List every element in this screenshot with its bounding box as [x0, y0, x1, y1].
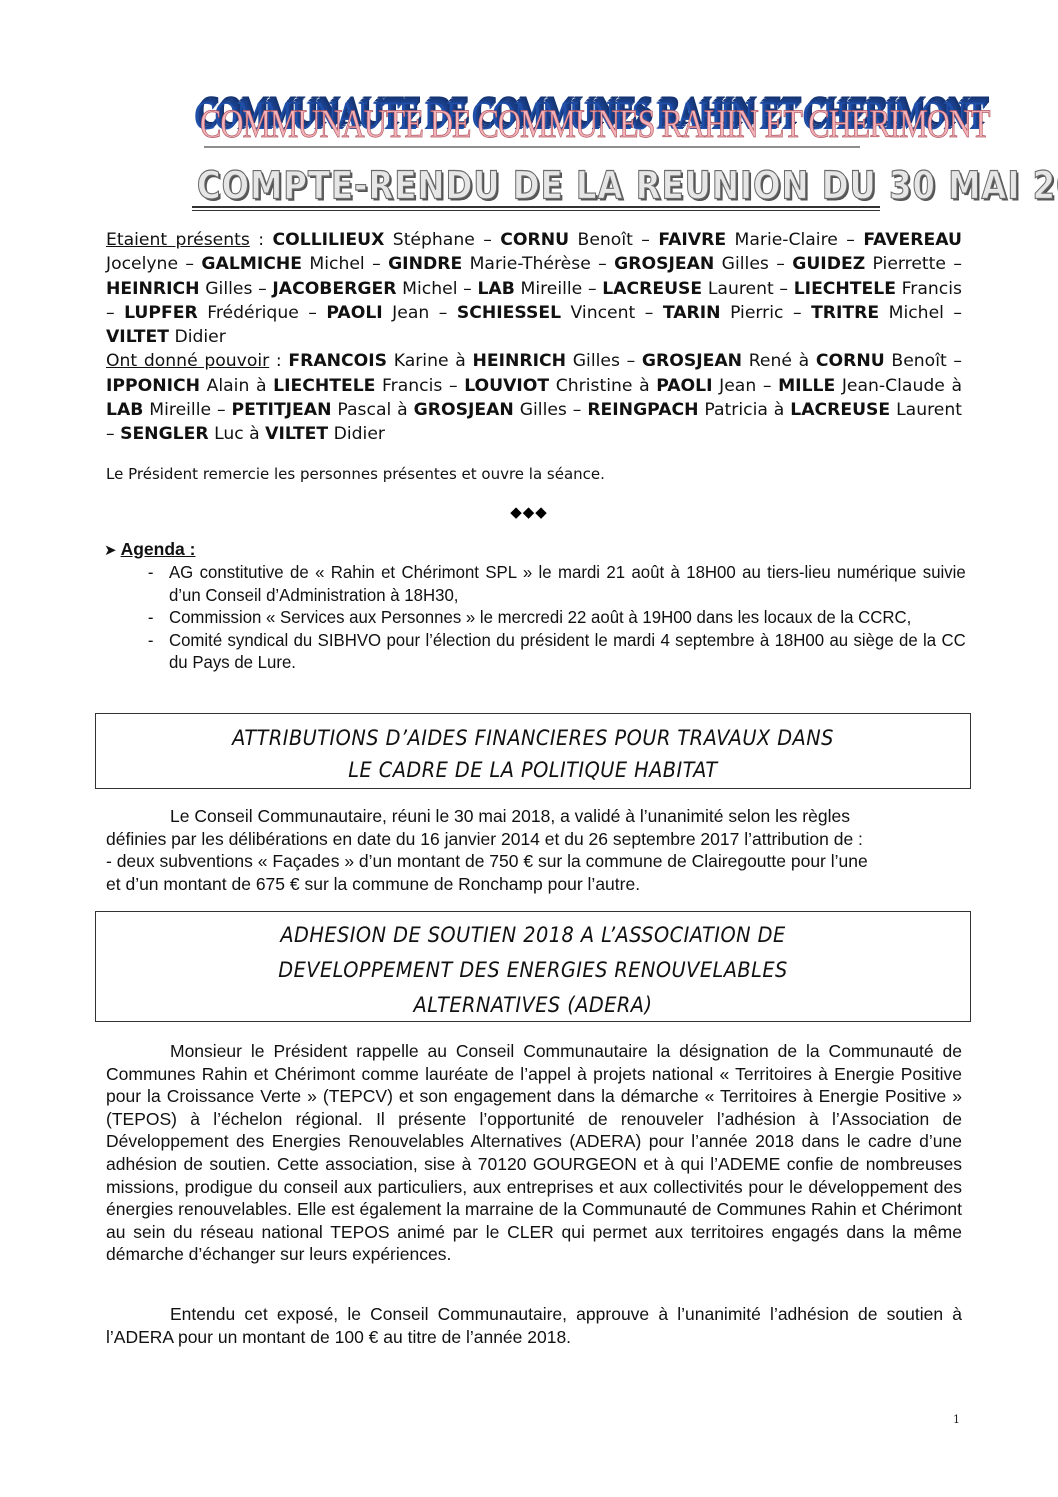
proxy-giver-last-name: SENGLER: [120, 424, 209, 444]
organization-name: COMMUNAUTE DE COMMUNES RAHIN ET CHERIMON…: [200, 101, 860, 147]
arrow-bullet-icon: ➤: [104, 542, 117, 559]
proxy-holder-last-name: LAB: [106, 400, 143, 420]
proxy-holder-last-name: PAOLI: [656, 376, 712, 396]
member-last-name: VILTET: [106, 327, 169, 347]
proxy-giver-last-name: REINGPACH: [587, 400, 698, 420]
agenda-item: Commission « Services aux Personnes » le…: [144, 606, 966, 629]
member-last-name: LACREUSE: [602, 279, 702, 299]
member-last-name: LAB: [477, 279, 514, 299]
member-last-name: LUPFER: [124, 303, 198, 323]
agenda-item: AG constitutive de « Rahin et Chérimont …: [144, 561, 966, 606]
member-last-name: GALMICHE: [201, 254, 302, 274]
member-last-name: COLLILIEUX: [273, 230, 385, 250]
member-last-name: HEINRICH: [106, 279, 200, 299]
proxy-giver-last-name: PETITJEAN: [231, 400, 331, 420]
agenda-heading: ➤Agenda :: [104, 539, 195, 560]
section-title-line: DEVELOPPEMENT DES ENERGIES RENOUVELABLES: [131, 953, 935, 988]
agenda-heading-text: Agenda :: [121, 539, 196, 559]
present-label: Etaient présents: [106, 230, 250, 250]
agenda-item: Comité syndical du SIBHVO pour l’électio…: [144, 629, 966, 674]
report-title-banner: COMPTE-RENDU DE LA REUNION DU 30 MAI 201…: [190, 164, 880, 214]
member-last-name: FAVEREAU: [863, 230, 962, 250]
member-last-name: JACOBERGER: [272, 279, 396, 299]
member-last-name: GUIDEZ: [792, 254, 865, 274]
member-last-name: LIECHTELE: [794, 279, 896, 299]
member-last-name: CORNU: [500, 230, 569, 250]
section-title-line: ALTERNATIVES (ADERA): [131, 988, 935, 1023]
paragraph-text: Entendu cet exposé, le Conseil Communaut…: [106, 1303, 962, 1348]
paragraph-body: Entendu cet exposé, le Conseil Communaut…: [106, 1304, 962, 1347]
paragraph-line: définies par les délibérations en date d…: [106, 828, 962, 851]
present-list: Etaient présents : COLLILIEUX Stéphane –…: [106, 228, 962, 349]
agenda-list: AG constitutive de « Rahin et Chérimont …: [144, 561, 929, 674]
paragraph-line: - deux subventions « Façades » d’un mont…: [106, 850, 962, 873]
member-last-name: TRITRE: [811, 303, 879, 323]
proxy-holder-last-name: HEINRICH: [472, 351, 566, 371]
report-title: COMPTE-RENDU DE LA REUNION DU 30 MAI 201…: [197, 163, 873, 208]
proxy-holder-last-name: GROSJEAN: [414, 400, 514, 420]
section-title-adera: ADHESION DE SOUTIEN 2018 A L’ASSOCIATION…: [95, 911, 971, 1022]
habitat-paragraph: Le Conseil Communautaire, réuni le 30 ma…: [106, 805, 962, 895]
paragraph-body: Monsieur le Président rappelle au Consei…: [106, 1041, 962, 1264]
section-title-line: LE CADRE DE LA POLITIQUE HABITAT: [131, 754, 935, 786]
adera-decision-paragraph: Entendu cet exposé, le Conseil Communaut…: [106, 1303, 962, 1348]
proxy-giver-last-name: IPPONICH: [106, 376, 200, 396]
member-last-name: GROSJEAN: [614, 254, 714, 274]
title-rule-thin: [192, 210, 880, 211]
paragraph-text: Monsieur le Président rappelle au Consei…: [106, 1040, 962, 1266]
proxy-holder-last-name: LIECHTELE: [273, 376, 375, 396]
adera-paragraph: Monsieur le Président rappelle au Consei…: [106, 1040, 962, 1266]
paragraph-line: Le Conseil Communautaire, réuni le 30 ma…: [106, 805, 962, 828]
organization-banner: COMMUNAUTE DE COMMUNES RAHIN ET CHERIMON…: [200, 96, 860, 152]
proxy-holder-last-name: VILTET: [265, 424, 328, 444]
proxy-list: Ont donné pouvoir : FRANCOIS Karine à HE…: [106, 349, 962, 446]
attendance-block: Etaient présents : COLLILIEUX Stéphane –…: [106, 228, 962, 447]
proxy-holder-last-name: CORNU: [816, 351, 885, 371]
page-number: 1: [953, 1413, 960, 1426]
document-page: COMMUNAUTE DE COMMUNES RAHIN ET CHERIMON…: [0, 0, 1058, 1497]
opening-statement: Le Président remercie les personnes prés…: [106, 463, 962, 485]
member-last-name: GINDRE: [388, 254, 462, 274]
proxy-giver-last-name: LOUVIOT: [464, 376, 549, 396]
proxy-holder-last-name: LACREUSE: [790, 400, 890, 420]
proxy-label: Ont donné pouvoir: [106, 351, 269, 371]
proxy-giver-last-name: GROSJEAN: [642, 351, 742, 371]
proxy-giver-last-name: FRANCOIS: [288, 351, 387, 371]
section-title-line: ATTRIBUTIONS D’AIDES FINANCIERES POUR TR…: [131, 722, 935, 754]
section-title-line: ADHESION DE SOUTIEN 2018 A L’ASSOCIATION…: [131, 918, 935, 953]
proxy-giver-last-name: MILLE: [778, 376, 835, 396]
member-last-name: PAOLI: [326, 303, 382, 323]
member-last-name: FAIVRE: [658, 230, 726, 250]
title-rule: [192, 206, 880, 208]
paragraph-line: et d’un montant de 675 € sur la commune …: [106, 873, 962, 896]
member-last-name: TARIN: [663, 303, 721, 323]
member-last-name: SCHIESSEL: [457, 303, 561, 323]
banner-rule: [204, 146, 860, 148]
diamond-divider: ◆◆◆: [0, 503, 1058, 521]
section-title-habitat: ATTRIBUTIONS D’AIDES FINANCIERES POUR TR…: [95, 713, 971, 789]
